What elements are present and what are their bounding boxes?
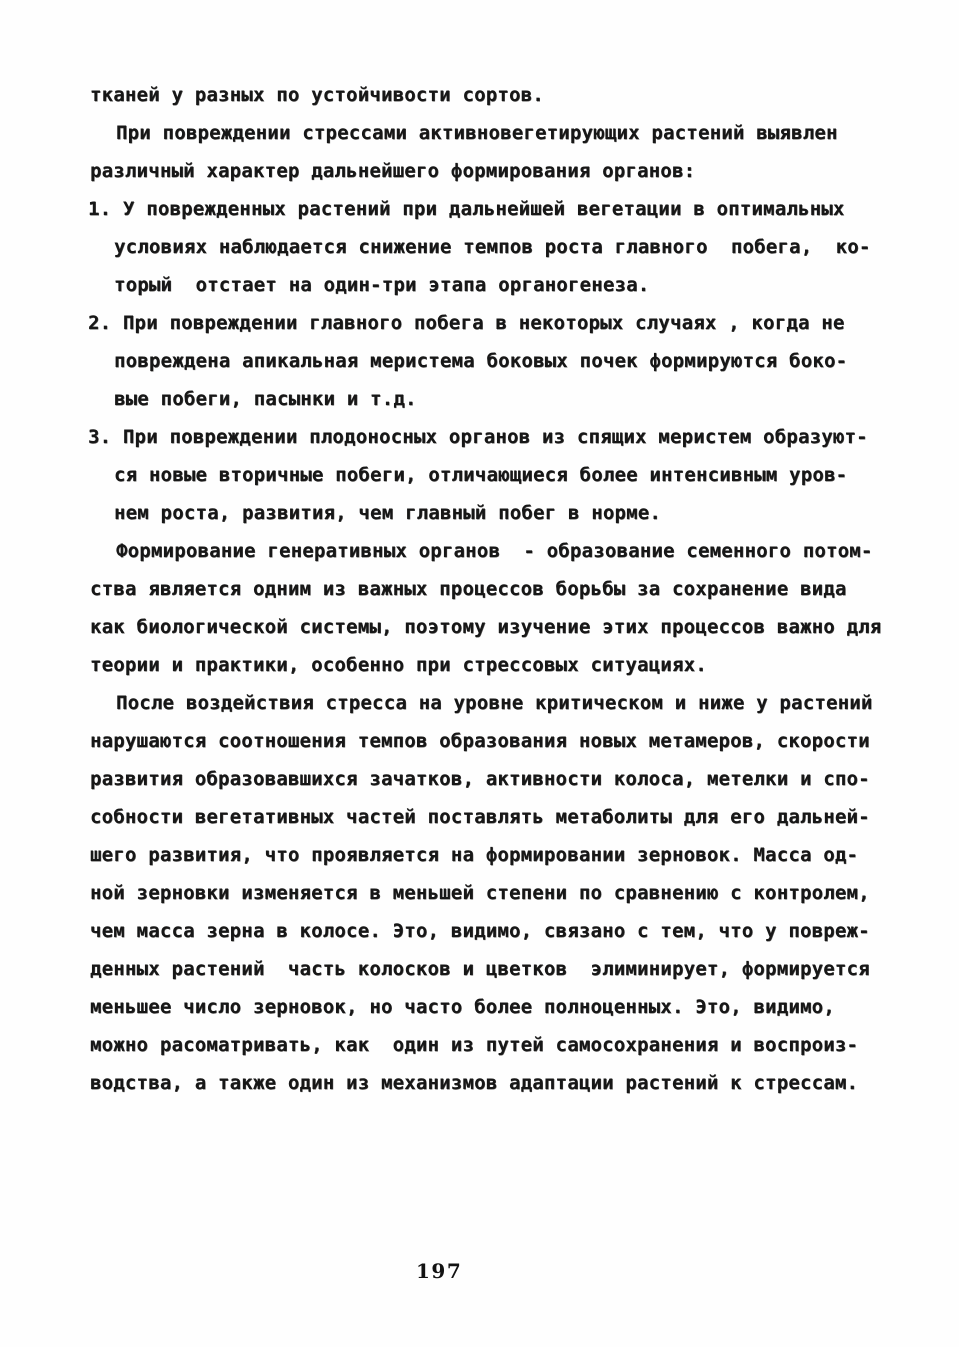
text-line: ства является одним из важных процессов … [90, 570, 959, 608]
text-line: различный характер дальнейшего формирова… [90, 152, 959, 190]
text-line: 3. При повреждении плодоносных органов и… [88, 418, 959, 456]
text-line: меньшее число зерновок, но часто более п… [90, 988, 959, 1026]
text-line: нарушаются соотношения темпов образовани… [90, 722, 959, 760]
text-line: теории и практики, особенно при стрессов… [90, 646, 959, 684]
document-page: тканей у разных по устойчивости сортов.П… [0, 0, 959, 1347]
text-line: развития образовавшихся зачатков, активн… [90, 760, 959, 798]
text-line: нем роста, развития, чем главный побег в… [114, 494, 959, 532]
text-line: водства, а также один из механизмов адап… [90, 1064, 959, 1102]
text-block: тканей у разных по устойчивости сортов.П… [0, 76, 959, 1102]
text-line: После воздействия стресса на уровне крит… [116, 684, 959, 722]
text-line: 2. При повреждении главного побега в нек… [88, 304, 959, 342]
text-line: повреждена апикальная меристема боковых … [114, 342, 959, 380]
text-line: ся новые вторичные побеги, отличающиеся … [114, 456, 959, 494]
text-line: При повреждении стрессами активновегетир… [116, 114, 959, 152]
text-line: 1. У поврежденных растений при дальнейше… [88, 190, 959, 228]
page-number: 197 [416, 1258, 462, 1284]
text-line: чем масса зерна в колосе. Это, видимо, с… [90, 912, 959, 950]
text-line: собности вегетативных частей поставлять … [90, 798, 959, 836]
text-line: можно расоматривать, как один из путей с… [90, 1026, 959, 1064]
text-line: как биологической системы, поэтому изуче… [90, 608, 959, 646]
text-line: торый отстает на один-три этапа органоге… [114, 266, 959, 304]
text-line: денных растений часть колосков и цветков… [90, 950, 959, 988]
text-line: ной зерновки изменяется в меньшей степен… [90, 874, 959, 912]
text-line: Формирование генеративных органов - обра… [116, 532, 959, 570]
text-line: шего развития, что проявляется на формир… [90, 836, 959, 874]
text-line: вые побеги, пасынки и т.д. [114, 380, 959, 418]
text-line: условиях наблюдается снижение темпов рос… [114, 228, 959, 266]
text-line: тканей у разных по устойчивости сортов. [90, 76, 959, 114]
